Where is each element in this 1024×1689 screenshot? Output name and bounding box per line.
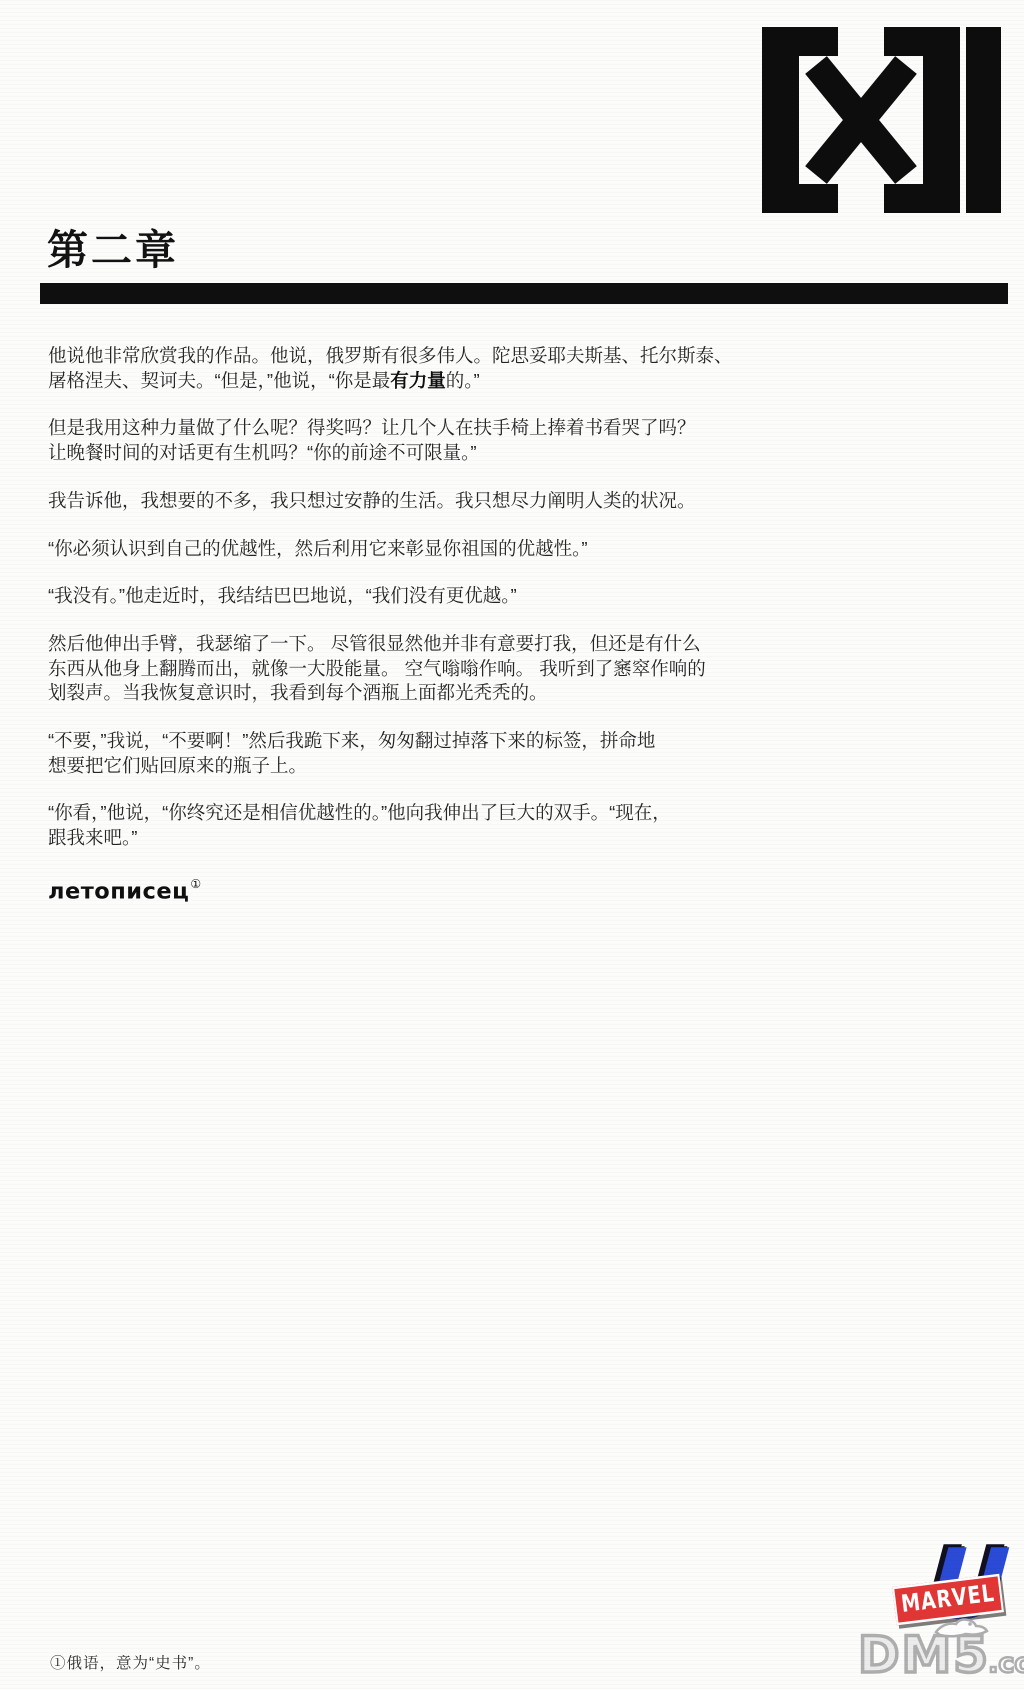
paragraph-line: “你必须认识到自己的优越性，然后利用它来彰显你祖国的优越性。” [48,537,758,562]
paragraph-4: “你必须认识到自己的优越性，然后利用它来彰显你祖国的优越性。” [48,537,758,562]
paragraph-line: 让晚餐时间的对话更有生机吗？“你的前途不可限量。” [48,441,758,466]
paragraph-line: 但是我用这种力量做了什么呢？得奖吗？让几个人在扶手椅上捧着书看哭了吗？ [48,416,758,441]
signature-letopisets: летописец① [48,874,758,904]
paragraph-5: “我没有。”他走近时，我结结巴巴地说，“我们没有更优越。” [48,584,758,609]
paragraph-line: 然后他伸出手臂，我瑟缩了一下。 尽管很显然他并非有意要打我，但还是有什么 [48,632,758,657]
paragraph-1: 他说他非常欣赏我的作品。他说，俄罗斯有很多伟人。陀思妥耶夫斯基、托尔斯泰、 屠格… [48,344,758,393]
text-segment: 的。” [446,370,480,391]
paragraph-line: 我告诉他，我想要的不多，我只想过安静的生活。我只想尽力阐明人类的状况。 [48,489,758,514]
x-bracket-logo-icon [762,27,960,213]
signature-word: летописец [48,878,189,904]
paragraph-line: “我没有。”他走近时，我结结巴巴地说，“我们没有更优越。” [48,584,758,609]
text-segment: 屠格涅夫、契诃夫。“但是，”他说，“你是最 [48,370,390,391]
dm5-watermark: DM5.com [858,1630,1024,1680]
paragraph-line: 跟我来吧。” [48,826,758,851]
paragraph-line: 东西从他身上翻腾而出，就像一大股能量。 空气嗡嗡作响。 我听到了窸窣作响的 [48,657,758,682]
paragraph-6: 然后他伸出手臂，我瑟缩了一下。 尽管很显然他并非有意要打我，但还是有什么 东西从… [48,632,758,706]
x-logo-side-bar [966,27,1001,213]
translator-footnote: ①俄语，意为“史书”。 [50,1651,211,1673]
paragraph-line: “不要，”我说，“不要啊！”然后我跪下来，匆匆翻过掉落下来的标签，拼命地 [48,729,758,754]
title-divider-rule [40,283,1008,304]
bold-text-segment: 有力量 [390,370,446,391]
paragraph-2: 但是我用这种力量做了什么呢？得奖吗？让几个人在扶手椅上捧着书看哭了吗？ 让晚餐时… [48,416,758,465]
paragraph-8: “你看，”他说，“你终究还是相信优越性的。”他向我伸出了巨大的双手。“现在， 跟… [48,801,758,850]
comic-text-page: 第二章 他说他非常欣赏我的作品。他说，俄罗斯有很多伟人。陀思妥耶夫斯基、托尔斯泰… [0,0,1024,1689]
narrative-body: 他说他非常欣赏我的作品。他说，俄罗斯有很多伟人。陀思妥耶夫斯基、托尔斯泰、 屠格… [48,344,758,904]
dm5-watermark-suffix: .com [988,1650,1024,1677]
footnote-marker: ① [190,877,201,891]
chapter-title: 第二章 [47,217,179,276]
dm5-mascot-icon [930,1614,990,1640]
paragraph-3: 我告诉他，我想要的不多，我只想过安静的生活。我只想尽力阐明人类的状况。 [48,489,758,514]
paragraph-line: 他说他非常欣赏我的作品。他说，俄罗斯有很多伟人。陀思妥耶夫斯基、托尔斯泰、 [48,344,758,369]
paragraph-7: “不要，”我说，“不要啊！”然后我跪下来，匆匆翻过掉落下来的标签，拼命地 想要把… [48,729,758,778]
paragraph-line: 屠格涅夫、契诃夫。“但是，”他说，“你是最有力量的。” [48,369,758,394]
paragraph-line: “你看，”他说，“你终究还是相信优越性的。”他向我伸出了巨大的双手。“现在， [48,801,758,826]
paragraph-line: 划裂声。当我恢复意识时，我看到每个酒瓶上面都光秃秃的。 [48,681,758,706]
paragraph-line: 想要把它们贴回原来的瓶子上。 [48,754,758,779]
